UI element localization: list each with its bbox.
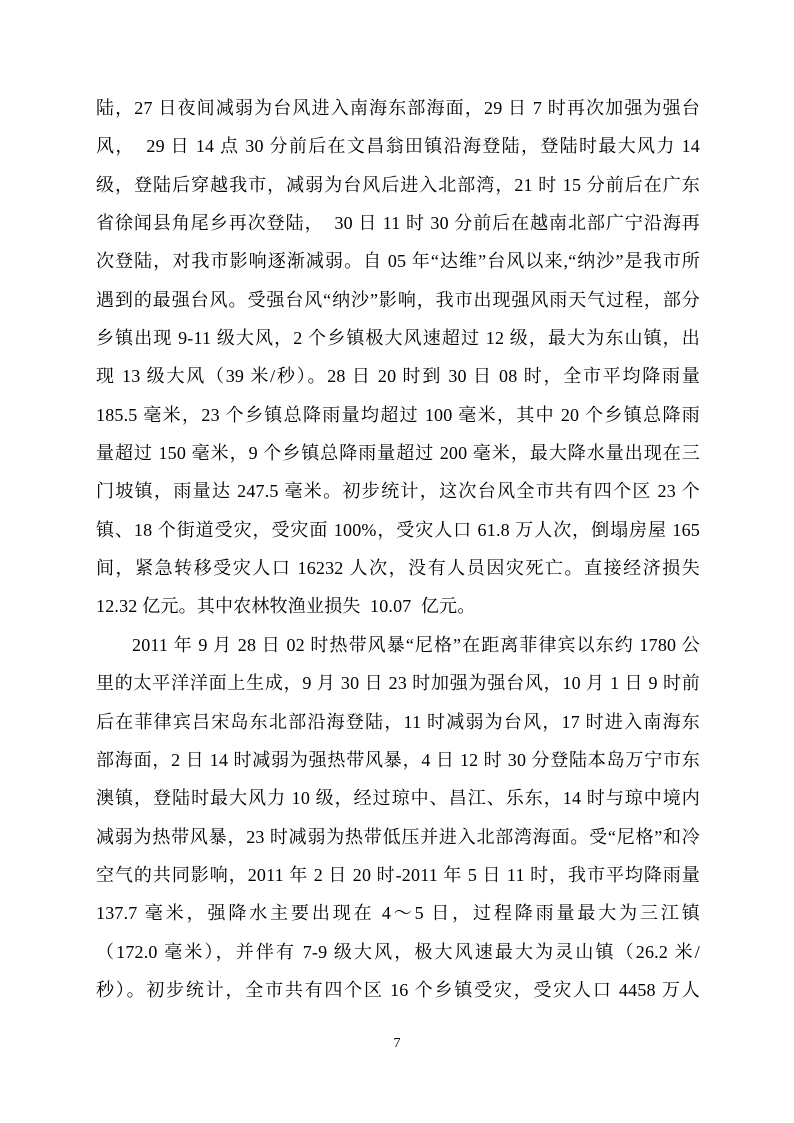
page-number: 7 — [0, 1034, 794, 1054]
text-line-p2-2: 里的太平洋洋面上生成，9 月 30 日 23 时加强为强台风，10 月 1 日 … — [96, 664, 700, 702]
text-line-p2-3: 后在菲律宾吕宋岛东北部沿海登陆，11 时减弱为台风，17 时进入南海东 — [96, 703, 700, 741]
text-line-p2-7: 空气的共同影响，2011 年 2 日 20 时-2011 年 5 日 11 时，… — [96, 856, 700, 894]
text-line-p2-4: 部海面，2 日 14 时减弱为强热带风暴，4 日 12 时 30 分登陆本岛万宁… — [96, 741, 700, 779]
text-line-p1-6: 遇到的最强台风。受强台风“纳沙”影响，我市出现强风雨天气过程，部分 — [96, 281, 700, 319]
text-line-p1-2: 风， 29 日 14 点 30 分前后在文昌翁田镇沿海登陆，登陆时最大风力 14 — [96, 127, 700, 165]
text-line-p1-9: 185.5 毫米，23 个乡镇总降雨量均超过 100 毫米，其中 20 个乡镇总… — [96, 396, 700, 434]
text-line-p2-5: 澳镇，登陆时最大风力 10 级，经过琼中、昌江、乐东，14 时与琼中境内 — [96, 779, 700, 817]
text-line-p1-5: 次登陆，对我市影响逐渐减弱。自 05 年“达维”台风以来,“纳沙”是我市所 — [96, 242, 700, 280]
text-line-p1-1: 陆，27 日夜间减弱为台风进入南海东部海面，29 日 7 时再次加强为强台 — [96, 89, 700, 127]
text-line-p1-8: 现 13 级大风（39 米/秒）。28 日 20 时到 30 日 08 时，全市… — [96, 357, 700, 395]
text-line-p1-12: 镇、18 个街道受灾，受灾面 100%，受灾人口 61.8 万人次，倒塌房屋 1… — [96, 511, 700, 549]
text-line-p1-10: 量超过 150 毫米，9 个乡镇总降雨量超过 200 毫米，最大降水量出现在三 — [96, 434, 700, 472]
text-line-p2-10: 秒）。初步统计，全市共有四个区 16 个乡镇受灾，受灾人口 4458 万人 — [96, 971, 700, 1009]
text-line-p1-14: 12.32 亿元。其中农林牧渔业损失 10.07 亿元。 — [96, 587, 700, 625]
text-line-p1-4: 省徐闻县角尾乡再次登陆， 30 日 11 时 30 分前后在越南北部广宁沿海再 — [96, 204, 700, 242]
text-line-p1-13: 间，紧急转移受灾人口 16232 人次，没有人员因灾死亡。直接经济损失 — [96, 549, 700, 587]
text-line-p2-8: 137.7 毫米，强降水主要出现在 4～5 日，过程降雨量最大为三江镇 — [96, 894, 700, 932]
text-line-p1-3: 级，登陆后穿越我市，减弱为台风后进入北部湾，21 时 15 分前后在广东 — [96, 166, 700, 204]
text-line-p1-11: 门坡镇，雨量达 247.5 毫米。初步统计，这次台风全市共有四个区 23 个 — [96, 472, 700, 510]
text-line-p2-1: 2011 年 9 月 28 日 02 时热带风暴“尼格”在距离菲律宾以东约 17… — [96, 626, 700, 664]
text-line-p2-6: 减弱为热带风暴，23 时减弱为热带低压并进入北部湾海面。受“尼格”和冷 — [96, 818, 700, 856]
document-body: 陆，27 日夜间减弱为台风进入南海东部海面，29 日 7 时再次加强为强台风， … — [96, 89, 700, 1009]
text-line-p2-9: （172.0 毫米），并伴有 7-9 级大风，极大风速最大为灵山镇（26.2 米… — [96, 933, 700, 971]
text-line-p1-7: 乡镇出现 9-11 级大风，2 个乡镇极大风速超过 12 级，最大为东山镇，出 — [96, 319, 700, 357]
document-page: 陆，27 日夜间减弱为台风进入南海东部海面，29 日 7 时再次加强为强台风， … — [0, 0, 794, 1123]
